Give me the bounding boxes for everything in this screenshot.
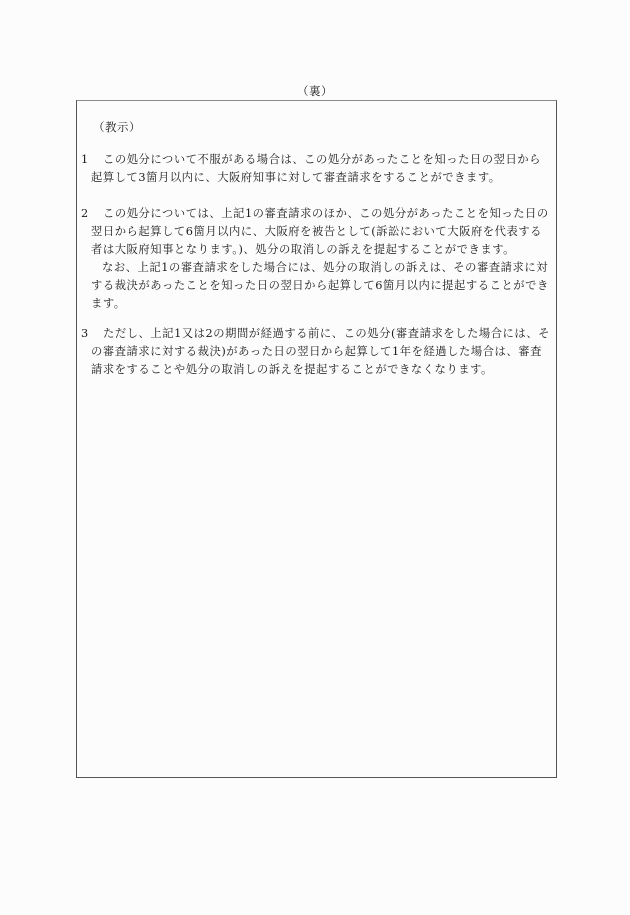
item-1-paragraph: 1この処分について不服がある場合は、この処分があったことを知った日の翌日から起算…	[81, 151, 550, 187]
item-3-text: ただし、上記1又は2の期間が経過する前に、この処分(審査請求をした場合には、その…	[91, 327, 550, 376]
item-3-number: 3	[81, 325, 103, 343]
item-2-text: この処分については、上記1の審査請求のほか、この処分があったことを知った日の翌日…	[91, 207, 549, 256]
item-1-number: 1	[81, 151, 103, 169]
notice-frame: （教示） 1この処分について不服がある場合は、この処分があったことを知った日の翌…	[76, 100, 557, 778]
item-3-paragraph: 3ただし、上記1又は2の期間が経過する前に、この処分(審査請求をした場合には、そ…	[81, 325, 550, 379]
item-1-text: この処分について不服がある場合は、この処分があったことを知った日の翌日から起算し…	[91, 153, 541, 184]
notice-item-2: 2この処分については、上記1の審査請求のほか、この処分があったことを知った日の翌…	[81, 205, 550, 313]
notice-heading: （教示）	[93, 120, 141, 134]
item-2-continuation: なお、上記1の審査請求をした場合には、処分の取消しの訴えは、その審査請求に対する…	[81, 259, 550, 313]
item-2-number: 2	[81, 205, 103, 223]
item-2-paragraph: 2この処分については、上記1の審査請求のほか、この処分があったことを知った日の翌…	[81, 205, 550, 259]
notice-item-1: 1この処分について不服がある場合は、この処分があったことを知った日の翌日から起算…	[81, 151, 550, 187]
page-side-label: （裏）	[0, 84, 630, 98]
notice-item-3: 3ただし、上記1又は2の期間が経過する前に、この処分(審査請求をした場合には、そ…	[81, 325, 550, 379]
